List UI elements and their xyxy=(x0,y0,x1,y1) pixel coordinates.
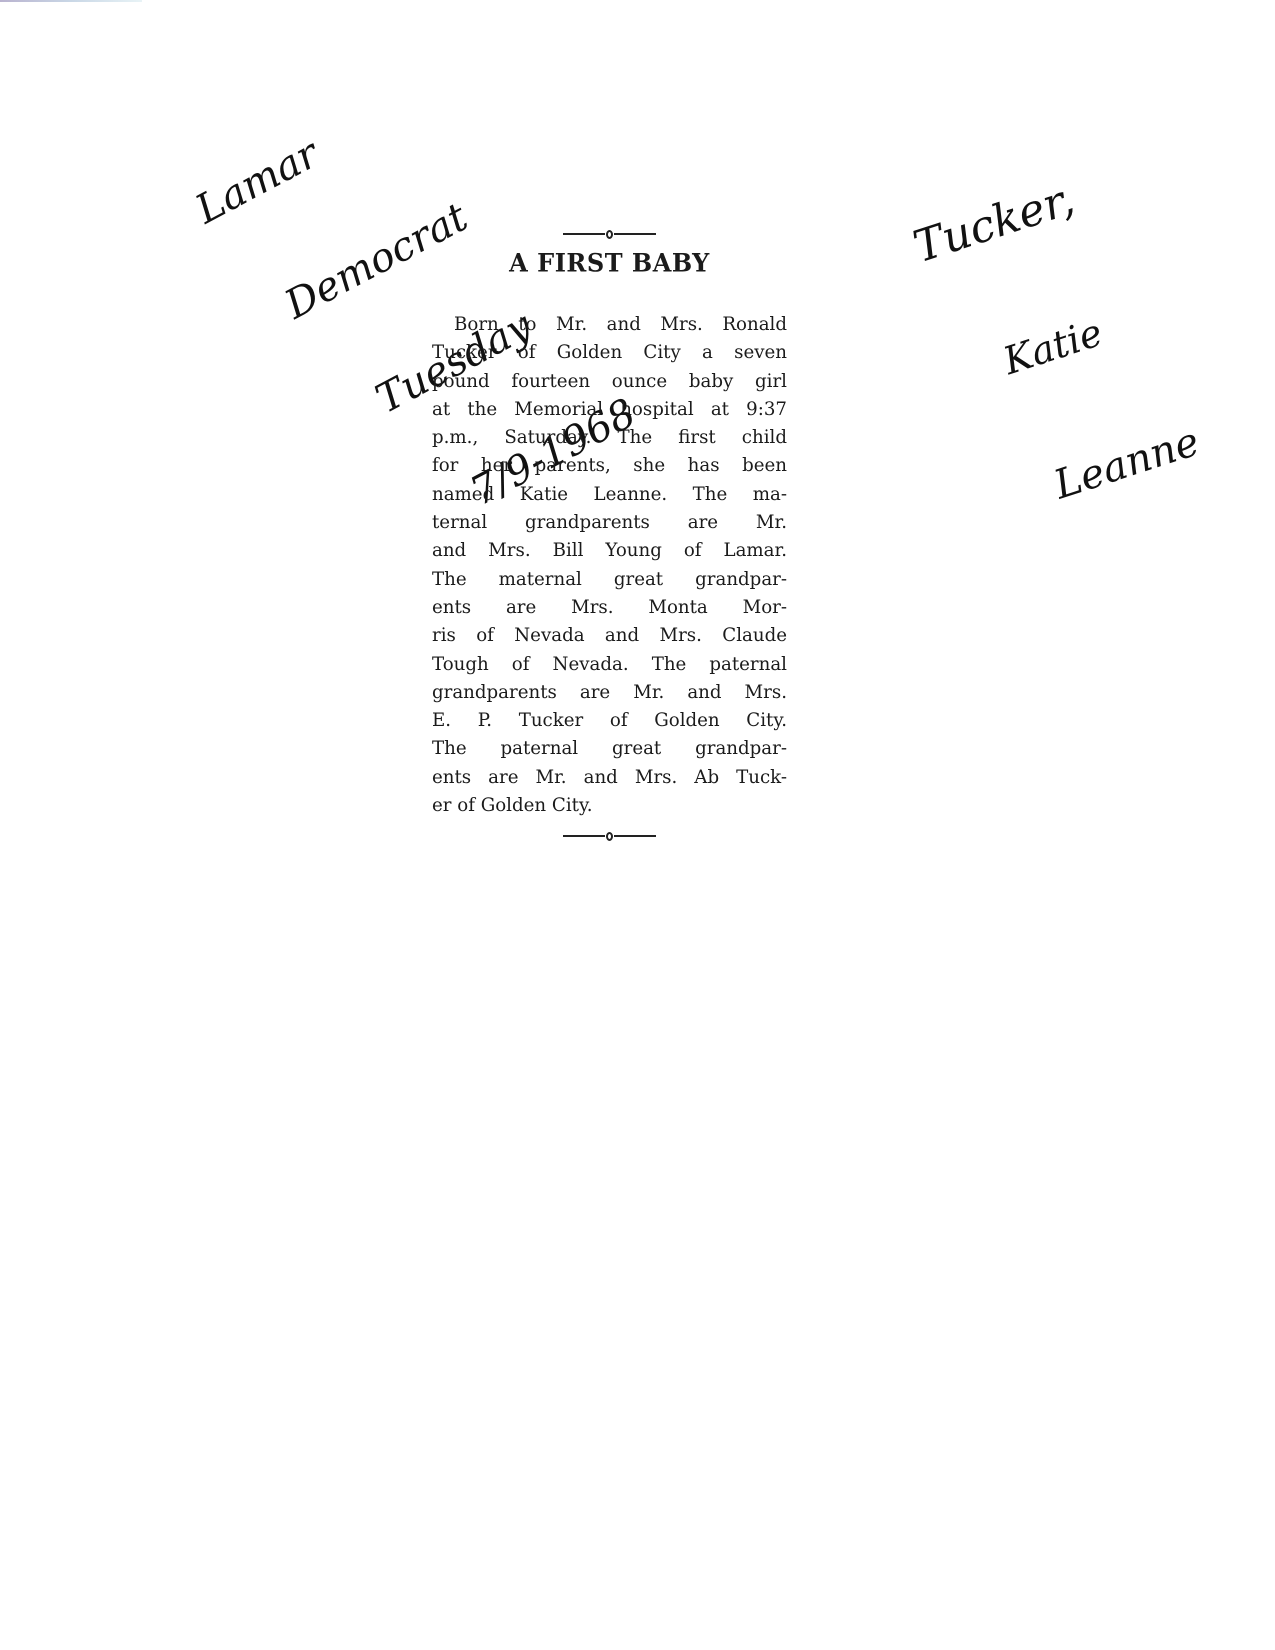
article-line: Born to Mr. and Mrs. Ronald xyxy=(432,311,787,339)
article-line: The paternal great grandpar- xyxy=(432,735,787,763)
note-line: Leanne xyxy=(1049,421,1204,507)
article-line: Tough of Nevada. The paternal xyxy=(432,651,787,679)
scan-edge-artifact xyxy=(0,0,142,2)
article-line: er of Golden City. xyxy=(432,792,787,820)
article-body: Born to Mr. and Mrs. RonaldTucker of Gol… xyxy=(432,311,787,820)
article-line: ents are Mrs. Monta Mor- xyxy=(432,594,787,622)
note-line: Katie xyxy=(999,295,1163,382)
article-line: ents are Mr. and Mrs. Ab Tuck- xyxy=(432,764,787,792)
article-line: and Mrs. Bill Young of Lamar. xyxy=(432,537,787,565)
article-line: at the Memorial hospital at 9:37 xyxy=(432,396,787,424)
note-line: Tucker, xyxy=(909,163,1122,272)
newspaper-clipping: A FIRST BABY Born to Mr. and Mrs. Ronald… xyxy=(432,228,787,842)
article-line: named Katie Leanne. The ma- xyxy=(432,481,787,509)
handwritten-name-note: Tucker, Katie Leanne xyxy=(880,75,1219,569)
article-line: The maternal great grandpar- xyxy=(432,566,787,594)
article-line: Tucker of Golden City a seven xyxy=(432,339,787,367)
article-line: p.m., Saturday. The first child xyxy=(432,424,787,452)
article-line: ris of Nevada and Mrs. Claude xyxy=(432,622,787,650)
headline: A FIRST BABY xyxy=(432,247,787,277)
article-line: pound fourteen ounce baby girl xyxy=(432,368,787,396)
article-line: grandparents are Mr. and Mrs. xyxy=(432,679,787,707)
note-line: Lamar xyxy=(189,58,464,231)
article-line: for her parents, she has been xyxy=(432,452,787,480)
article-line: ternal grandparents are Mr. xyxy=(432,509,787,537)
article-line: E. P. Tucker of Golden City. xyxy=(432,707,787,735)
bottom-ornament-rule xyxy=(432,830,787,842)
top-ornament-rule xyxy=(432,228,787,240)
